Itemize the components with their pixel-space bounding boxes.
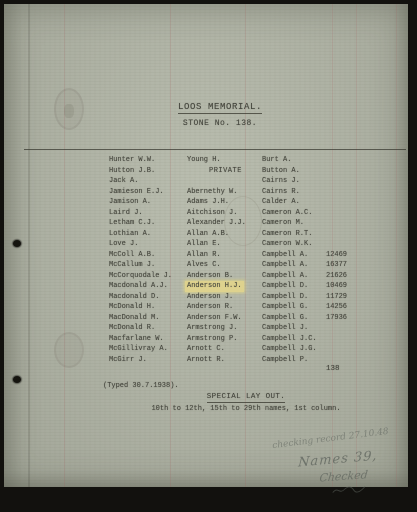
name-text: Anderson R. (187, 302, 233, 313)
name-text: Allan R. (187, 250, 221, 261)
name-text: McCorquodale J. (109, 271, 172, 282)
name-text: Campbell G. (262, 302, 326, 313)
name-entry: Anderson B. (187, 271, 246, 282)
name-text: Cameron M. (262, 218, 326, 229)
name-text: Campbell A. (262, 250, 326, 261)
name-entry: Young H. (187, 155, 246, 166)
name-entry: MacDonald M. (109, 313, 172, 324)
signature-flourish (331, 483, 366, 495)
handwritten-note-line2: Names 39, (298, 448, 378, 470)
name-text: Jamison A. (109, 197, 151, 208)
name-text: Hutton J.B. (109, 166, 155, 177)
name-text: Macdonald A.J. (109, 281, 168, 292)
name-text: McDonald H. (109, 302, 155, 313)
name-text: Armstrong J. (187, 323, 237, 334)
name-text: MacDonald M. (109, 313, 159, 324)
name-text: Love J. (109, 239, 138, 250)
name-entry: Armstrong P. (187, 334, 246, 345)
name-entry: Campbell A.16377 (262, 260, 347, 271)
name-text: Arnott R. (187, 355, 225, 366)
name-entry: Arnott R. (187, 355, 246, 366)
page-number: 138 (326, 365, 340, 373)
service-number: 17936 (326, 314, 347, 322)
ruled-line (396, 4, 397, 487)
name-entry: Jack A. (109, 176, 172, 187)
name-text: Campbell A. (262, 271, 326, 282)
name-column-3: Burt A.Button A.Cairns J.Cairns R.Calder… (262, 155, 347, 365)
page-title: LOOS MEMORIAL. (4, 102, 408, 112)
name-entry: Anderson J. (187, 292, 246, 303)
name-entry: Cairns J. (262, 176, 347, 187)
name-entry: McColl A.B. (109, 250, 172, 261)
name-entry: Arnott C. (187, 344, 246, 355)
name-entry: McDonald H. (109, 302, 172, 313)
name-entry: Campbell G.17936 (262, 313, 347, 324)
name-entry: Campbell G.14256 (262, 302, 347, 313)
name-entry: Campbell A.12469 (262, 250, 347, 261)
name-entry: Aitchison J. (187, 208, 246, 219)
name-column-1: Hunter W.W.Hutton J.B.Jack A.Jamieson E.… (109, 155, 172, 365)
name-text: Campbell D. (262, 281, 326, 292)
name-entry: Button A. (262, 166, 347, 177)
name-entry: Campbell A.21626 (262, 271, 347, 282)
name-text: Campbell D. (262, 292, 326, 303)
blank-row (187, 176, 246, 187)
name-text: McDonald R. (109, 323, 155, 334)
name-entry: Macdonald A.J. (109, 281, 172, 292)
hole-punch-mark (13, 240, 21, 247)
name-entry: McDonald R. (109, 323, 172, 334)
name-entry: Jamieson E.J. (109, 187, 172, 198)
name-text: Letham C.J. (109, 218, 155, 229)
service-number: 12469 (326, 251, 347, 259)
name-text: McGillivray A. (109, 344, 168, 355)
ruled-line (356, 4, 357, 487)
name-text: Campbell P. (262, 355, 326, 366)
name-entry: Campbell J.G. (262, 344, 347, 355)
handwritten-note-line1: checking record 27.10.48 (272, 427, 389, 451)
name-text: Alexander J.J. (187, 218, 246, 229)
embossed-stamp-icon (54, 332, 84, 368)
binding-crease (28, 4, 30, 487)
name-entry: McCorquodale J. (109, 271, 172, 282)
name-text: Young H. (187, 155, 221, 166)
name-text: Armstrong P. (187, 334, 237, 345)
name-text: Laird J. (109, 208, 143, 219)
service-number: 16377 (326, 261, 347, 269)
name-text: Adams J.H. (187, 197, 229, 208)
special-layout-note: 10th to 12th, 15th to 29th names, 1st co… (4, 405, 408, 413)
name-entry: Anderson H.J. (187, 281, 246, 292)
name-text: Campbell J.C. (262, 334, 326, 345)
name-entry: Macfarlane W. (109, 334, 172, 345)
name-text: Arnott C. (187, 344, 225, 355)
name-text: Macfarlane W. (109, 334, 164, 345)
service-number: 21626 (326, 272, 347, 280)
name-entry: Love J. (109, 239, 172, 250)
name-entry: Armstrong J. (187, 323, 246, 334)
name-text: Cameron W.K. (262, 239, 326, 250)
document-page: LOOS MEMORIAL. STONE No. 138. Hunter W.W… (4, 4, 408, 487)
name-text: Cameron R.T. (262, 229, 326, 240)
name-text: Campbell J. (262, 323, 326, 334)
hole-punch-mark (13, 376, 21, 383)
divider-line (24, 149, 406, 150)
checked-text: Checked (319, 468, 369, 485)
name-text: Jack A. (109, 176, 138, 187)
highlighted-name: Anderson H.J. (185, 281, 244, 292)
name-entry: McCallum J. (109, 260, 172, 271)
name-text: Cairns J. (262, 176, 326, 187)
name-text: Button A. (262, 166, 326, 177)
name-entry: Macdonald D. (109, 292, 172, 303)
name-column-2: Young H.PRIVATEAbernethy W.Adams J.H.Ait… (187, 155, 246, 365)
name-entry: Jamison A. (109, 197, 172, 208)
name-text: Campbell J.G. (262, 344, 326, 355)
special-layout-text: SPECIAL LAY OUT. (207, 393, 285, 403)
name-entry: Lothian A. (109, 229, 172, 240)
subtitle-text: STONE No. 138. (183, 119, 257, 128)
typed-date-note: (Typed 30.7.1938). (103, 382, 179, 390)
special-layout-heading: SPECIAL LAY OUT. (4, 393, 408, 401)
name-entry: Adams J.H. (187, 197, 246, 208)
name-text: Campbell A. (262, 260, 326, 271)
name-entry: Anderson R. (187, 302, 246, 313)
name-entry: Hunter W.W. (109, 155, 172, 166)
name-text: Hunter W.W. (109, 155, 155, 166)
name-entry: Calder A. (262, 197, 347, 208)
name-entry: McGillivray A. (109, 344, 172, 355)
name-entry: Cameron M. (262, 218, 347, 229)
page-subtitle: STONE No. 138. (4, 119, 408, 128)
name-entry: Cameron W.K. (262, 239, 347, 250)
name-entry: Campbell J.C. (262, 334, 347, 345)
name-text: McGirr J. (109, 355, 147, 366)
name-text: Anderson B. (187, 271, 233, 282)
name-entry: Anderson F.W. (187, 313, 246, 324)
name-text: Allan A.B. (187, 229, 229, 240)
name-text: PRIVATE (209, 166, 242, 177)
name-text: McColl A.B. (109, 250, 155, 261)
name-entry: Cameron R.T. (262, 229, 347, 240)
name-entry: Allan A.B. (187, 229, 246, 240)
title-text: LOOS MEMORIAL. (178, 102, 262, 114)
name-text: Cairns R. (262, 187, 326, 198)
name-entry: Abernethy W. (187, 187, 246, 198)
name-entry: Burt A. (262, 155, 347, 166)
name-text: Burt A. (262, 155, 326, 166)
name-entry: Allan E. (187, 239, 246, 250)
name-text: Abernethy W. (187, 187, 237, 198)
service-number: 14256 (326, 303, 347, 311)
name-text: Campbell G. (262, 313, 326, 324)
name-text: Cameron A.C. (262, 208, 326, 219)
name-entry: Campbell D.10469 (262, 281, 347, 292)
name-entry: Cameron A.C. (262, 208, 347, 219)
handwritten-note-line3: Checked (316, 468, 368, 511)
name-text: Aitchison J. (187, 208, 237, 219)
name-entry: Letham C.J. (109, 218, 172, 229)
name-text: Allan E. (187, 239, 221, 250)
service-number: 10469 (326, 282, 347, 290)
name-entry: Campbell J. (262, 323, 347, 334)
name-entry: Hutton J.B. (109, 166, 172, 177)
name-entry: Laird J. (109, 208, 172, 219)
name-entry: Allan R. (187, 250, 246, 261)
name-text: Anderson J. (187, 292, 233, 303)
rank-header: PRIVATE (187, 166, 246, 177)
name-text: Anderson F.W. (187, 313, 242, 324)
name-text: Macdonald D. (109, 292, 159, 303)
name-text: Calder A. (262, 197, 326, 208)
name-entry: Alexander J.J. (187, 218, 246, 229)
name-text: McCallum J. (109, 260, 155, 271)
name-text: Jamieson E.J. (109, 187, 164, 198)
name-entry: Campbell P. (262, 355, 347, 366)
name-entry: Cairns R. (262, 187, 347, 198)
name-entry: Alves C. (187, 260, 246, 271)
name-text: Lothian A. (109, 229, 151, 240)
name-entry: Campbell D.11729 (262, 292, 347, 303)
ruled-line (64, 4, 65, 487)
special-layout-note-text: 10th to 12th, 15th to 29th names, 1st co… (151, 405, 340, 413)
service-number: 11729 (326, 293, 347, 301)
name-text: Alves C. (187, 260, 221, 271)
name-entry: McGirr J. (109, 355, 172, 366)
